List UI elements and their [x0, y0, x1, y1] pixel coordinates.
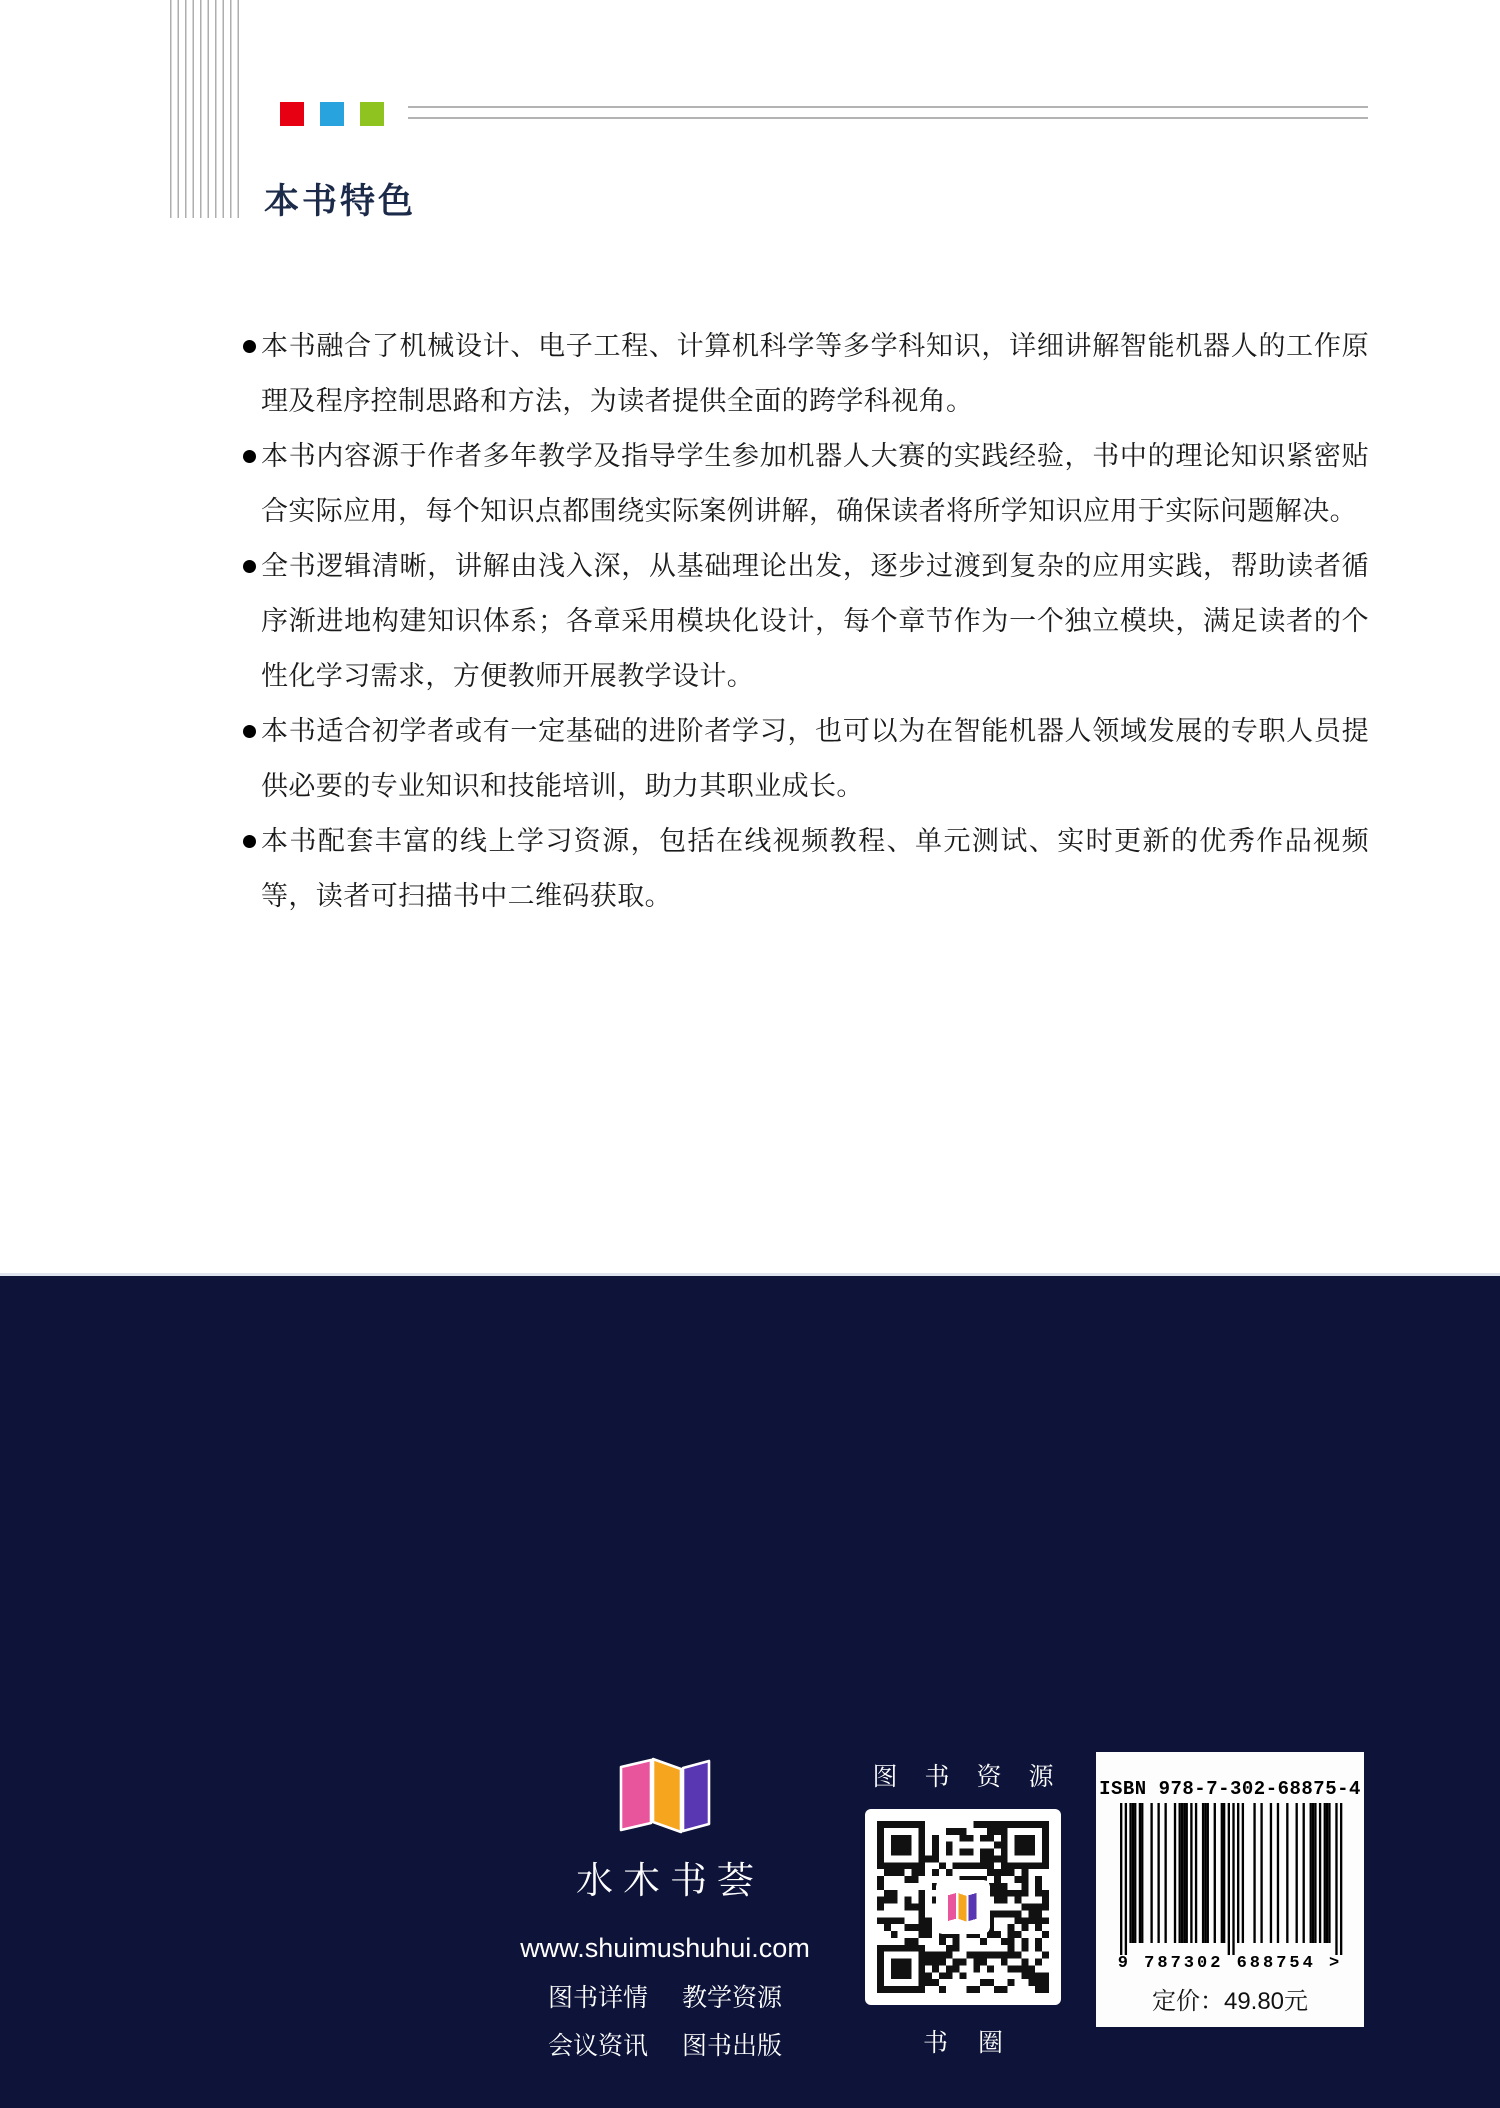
feature-item: 全书逻辑清晰，讲解由浅入深，从基础理论出发，逐步过渡到复杂的应用实践，帮助读者循…: [243, 539, 1369, 704]
barcode-digits: 9 787302 688754 >: [1118, 1954, 1342, 1973]
feature-item: 本书适合初学者或有一定基础的进阶者学习，也可以为在智能机器人领域发展的专职人员提…: [243, 704, 1369, 814]
barcode-block: ISBN 978-7-302-68875-4 9 787302 688754 >…: [1096, 1752, 1364, 2027]
pinstripe-decoration: [170, 0, 245, 218]
link-teaching-resources: 教学资源: [682, 1978, 782, 2014]
publisher-name: 水木书荟: [566, 1850, 764, 1904]
qr-code: [865, 1809, 1061, 2005]
publisher-logo-icon: [619, 1756, 711, 1836]
link-book-publishing: 图书出版: [682, 2026, 782, 2062]
qr-caption: 书圈: [923, 2023, 1033, 2059]
red-square: [280, 102, 304, 126]
feature-item: 本书融合了机械设计、电子工程、计算机科学等多学科知识，详细讲解智能机器人的工作原…: [243, 319, 1369, 429]
qr-block: 图书资源 书圈: [863, 1757, 1063, 2059]
barcode-icon: [1113, 1803, 1347, 1955]
link-book-details: 图书详情: [548, 1978, 648, 2014]
publisher-links-row: 会议资讯 图书出版: [548, 2026, 782, 2062]
publisher-block: 水木书荟 www.shuimushuhui.com 图书详情 教学资源 会议资讯…: [500, 1756, 830, 2062]
publisher-website: www.shuimushuhui.com: [520, 1933, 810, 1964]
book-back-cover: 本书特色 本书融合了机械设计、电子工程、计算机科学等多学科知识，详细讲解智能机器…: [0, 0, 1500, 2108]
header-rule-top: [408, 106, 1368, 108]
feature-item: 本书内容源于作者多年教学及指导学生参加机器人大赛的实践经验，书中的理论知识紧密贴…: [243, 429, 1369, 539]
feature-item: 本书配套丰富的线上学习资源，包括在线视频教程、单元测试、实时更新的优秀作品视频等…: [243, 814, 1369, 924]
header-rule-bottom: [408, 117, 1368, 119]
isbn-text: ISBN 978-7-302-68875-4: [1099, 1778, 1361, 1800]
blue-square: [320, 102, 344, 126]
publisher-links-row: 图书详情 教学资源: [548, 1978, 782, 2014]
green-square: [360, 102, 384, 126]
color-squares: [280, 102, 384, 126]
price-text: 定价：49.80元: [1152, 1981, 1308, 2016]
page-title: 本书特色: [264, 174, 416, 224]
feature-list: 本书融合了机械设计、电子工程、计算机科学等多学科知识，详细讲解智能机器人的工作原…: [243, 319, 1369, 924]
link-conference-info: 会议资讯: [548, 2026, 648, 2062]
qr-title: 图书资源: [872, 1757, 1080, 1793]
qr-pattern: [877, 1821, 1049, 1993]
